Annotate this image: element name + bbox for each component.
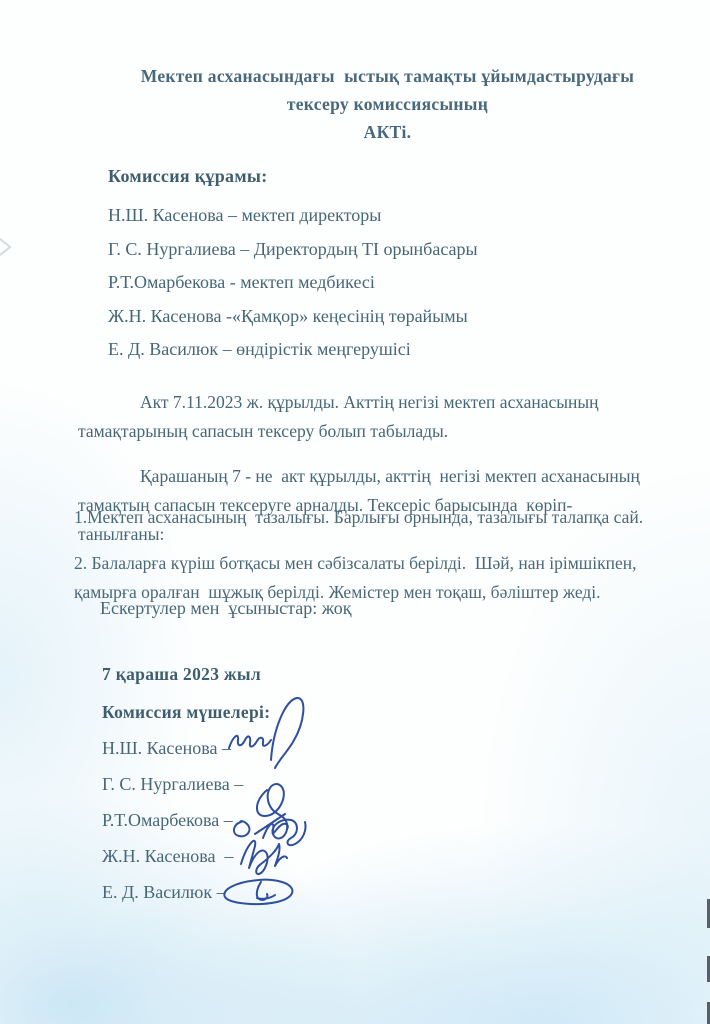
- commission-member: Н.Ш. Касенова – мектеп директоры: [108, 205, 648, 225]
- commission-member: Ж.Н. Касенова -«Қамқор» кеңесінің төрайы…: [108, 306, 648, 326]
- commission-member: Г. С. Нургалиева – Директордың ТІ орынба…: [108, 239, 648, 259]
- title-line-3: АКТі.: [100, 118, 675, 146]
- date-line: 7 қараша 2023 жыл: [102, 664, 261, 685]
- title-line-2: тексеру комиссиясының: [100, 90, 675, 118]
- commission-composition: Комиссия құрамы: Н.Ш. Касенова – мектеп …: [108, 166, 648, 373]
- paragraph: Акт 7.11.2023 ж. құрылды. Акттің негізі …: [78, 388, 640, 446]
- remarks-line: Ескертулер мен ұсыныстар: жоқ: [100, 598, 351, 619]
- composition-heading: Комиссия құрамы:: [108, 166, 648, 187]
- signatory-line: Н.Ш. Касенова –: [102, 736, 402, 772]
- members-heading: Комиссия мүшелері:: [102, 702, 270, 723]
- scanned-act-document: Мектеп асханасындағы ыстық тамақты ұйымд…: [0, 0, 710, 1024]
- finding-item: 1.Мектеп асханасының тазалығы. Барлығы о…: [74, 503, 654, 532]
- signatory-list: Н.Ш. Касенова – Г. С. Нургалиева – Р.Т.О…: [102, 736, 402, 916]
- commission-member: Е. Д. Василюк – өндірістік меңгерушісі: [108, 339, 648, 359]
- signatory-line: Е. Д. Василюк –: [102, 880, 402, 916]
- scan-edge-artifact: [0, 238, 14, 254]
- signatory-line: Р.Т.Омарбекова –: [102, 808, 402, 844]
- commission-member: Р.Т.Омарбекова - мектеп медбикесі: [108, 272, 648, 292]
- signatory-line: Ж.Н. Касенова –: [102, 844, 402, 880]
- title-line-1: Мектеп асханасындағы ыстық тамақты ұйымд…: [100, 62, 675, 90]
- signatory-line: Г. С. Нургалиева –: [102, 772, 402, 808]
- document-title: Мектеп асханасындағы ыстық тамақты ұйымд…: [100, 62, 675, 146]
